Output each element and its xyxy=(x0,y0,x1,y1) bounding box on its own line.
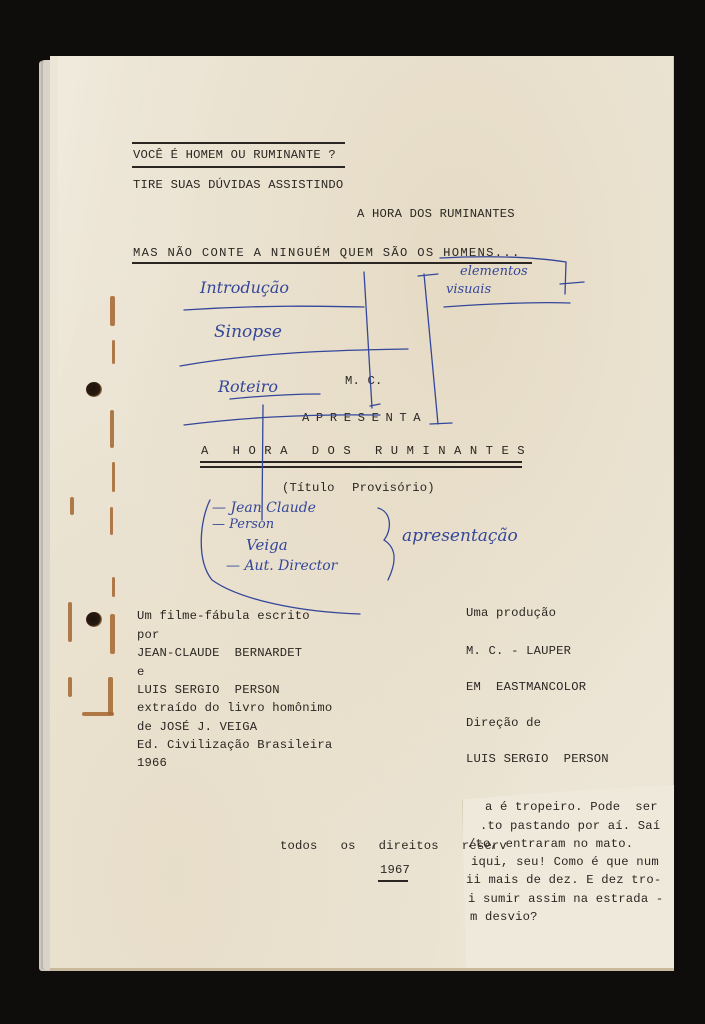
credit-line: por xyxy=(137,628,160,642)
credit-line: Ed. Civilização Brasileira xyxy=(137,738,332,752)
credit-line: Uma produção xyxy=(466,606,556,620)
header-line-2: TIRE SUAS DÚVIDAS ASSISTINDO xyxy=(133,178,343,192)
credit-line: EM EASTMANCOLOR xyxy=(466,680,586,694)
note-introducao: Introdução xyxy=(200,278,289,297)
credit-line: JEAN-CLAUDE BERNARDET xyxy=(137,646,302,660)
credit-line: Direção de xyxy=(466,716,541,730)
title-underline xyxy=(200,461,522,463)
fragment-line: ii mais de dez. E dez tro- xyxy=(466,873,661,887)
note-visuais: visuais xyxy=(446,282,491,297)
fragment-line: m desvio? xyxy=(470,910,538,924)
title-underline xyxy=(200,466,522,468)
fragment-line: a é tropeiro. Pode ser xyxy=(485,800,658,814)
film-title: A HORA DOS RUMINANTES xyxy=(201,444,533,458)
credit-line: e xyxy=(137,665,145,679)
fragment-line: .to pastando por aí. Saí xyxy=(480,819,660,833)
credit-line: extraído do livro homônimo xyxy=(137,701,332,715)
note-roteiro: Roteiro xyxy=(218,377,278,396)
header-line-1: VOCÊ É HOMEM OU RUMINANTE ? xyxy=(133,148,336,162)
credit-line: LUIS SERGIO PERSON xyxy=(466,752,609,766)
list-item: — Aut. Director xyxy=(226,558,337,574)
header-line-4: MAS NÃO CONTE A NINGUÉM QUEM SÃO OS HOME… xyxy=(133,246,521,260)
note-sinopse: Sinopse xyxy=(214,322,282,342)
credit-line: M. C. - LAUPER xyxy=(466,644,571,658)
note-apresentacao: apresentação xyxy=(402,526,518,546)
header-line-3: A HORA DOS RUMINANTES xyxy=(357,207,515,221)
credit-line: Um filme-fábula escrito xyxy=(137,609,310,623)
credit-line: de JOSÉ J. VEIGA xyxy=(137,720,257,734)
presenter: M. C. xyxy=(345,374,383,388)
credit-line: LUIS SERGIO PERSON xyxy=(137,683,280,697)
rights-notice: todos os direitos reserv xyxy=(280,839,507,853)
binding-hole xyxy=(86,382,102,397)
year: 1967 xyxy=(380,863,410,877)
rule xyxy=(132,166,345,168)
rule xyxy=(132,142,345,144)
list-item: — Jean Claude xyxy=(212,500,316,516)
binding-hole xyxy=(86,612,102,627)
credit-line: 1966 xyxy=(137,756,167,770)
fragment-line: i sumir assim na estrada - xyxy=(468,892,663,906)
presents: APRESENTA xyxy=(302,411,427,425)
binding-strip xyxy=(62,292,116,720)
note-elementos: elementos xyxy=(460,264,528,279)
list-item: Veiga xyxy=(246,536,288,554)
fragment-line: iqui, seu! Como é que num xyxy=(471,855,659,869)
title-note: (Título Provisório) xyxy=(282,481,435,495)
list-item: — Person xyxy=(212,517,274,532)
year-underline xyxy=(378,880,408,882)
